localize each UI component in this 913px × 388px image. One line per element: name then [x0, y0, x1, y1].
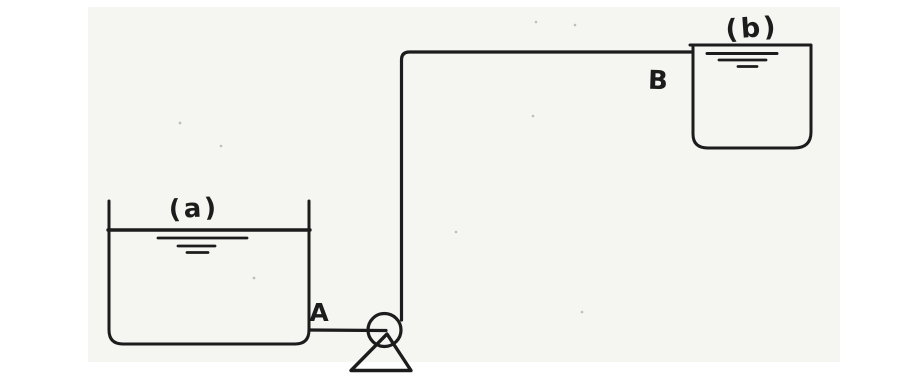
speckle	[220, 145, 223, 148]
speckle	[455, 231, 458, 234]
suction-pipe	[309, 330, 386, 331]
tank-b-label: (b)	[725, 11, 780, 46]
speckle	[535, 21, 538, 24]
tank-a-label: (a)	[168, 193, 220, 226]
speckle	[574, 24, 577, 27]
speckle	[581, 311, 584, 314]
speckle	[253, 277, 256, 280]
pipe-inlet-point-label: A	[309, 298, 329, 327]
speckle	[179, 122, 182, 125]
scanned-diagram-page: (a) A B (b)	[0, 0, 913, 388]
speckle	[532, 115, 535, 118]
pipe-outlet-point-label: B	[648, 66, 669, 97]
schematic-figure: (a) A B (b)	[0, 0, 913, 388]
